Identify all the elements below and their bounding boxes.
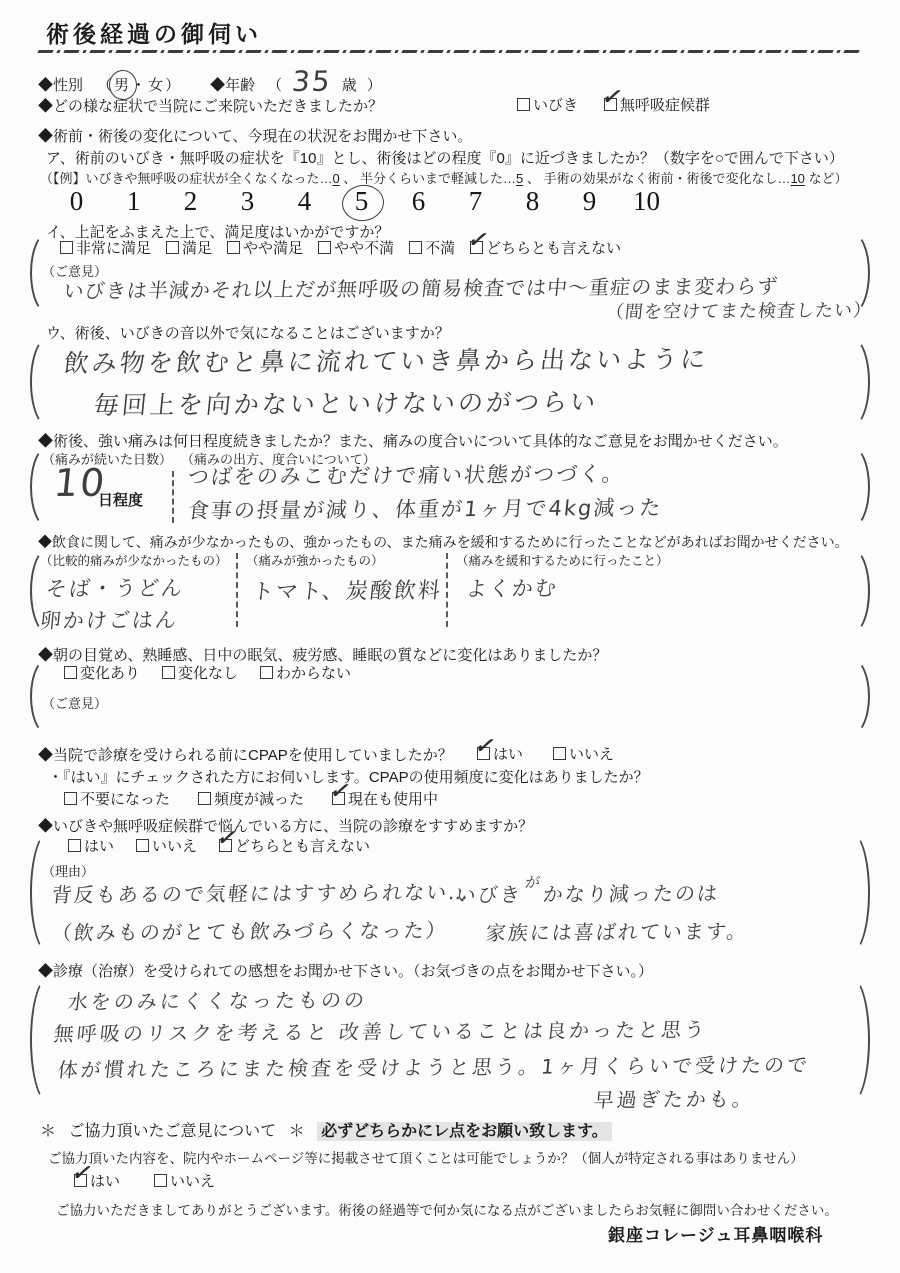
sleep-comment-box: 変化あり 変化なし わからない （ご意見） [36, 657, 864, 736]
eating-strong-label: （痛みが強かったもの） [246, 551, 384, 569]
handwritten-line: トマト、炭酸飲料 [250, 574, 443, 606]
checkbox-option[interactable]: 満足 [166, 237, 212, 258]
handwritten-text: いびき [455, 883, 523, 907]
handwritten-line: 体が慣れたころにまた検査を受けようと思う。1ヶ月くらいで受けたので [57, 1049, 812, 1083]
checkbox-icon[interactable] [477, 747, 490, 760]
handwritten-line: 食事の摂量が減り、体重が1ヶ月で4kg減った [187, 492, 664, 525]
handwritten-line: いびきがかなり減ったのは [455, 877, 721, 908]
handwritten-line: そば・うどん [45, 572, 186, 603]
title-divider [37, 50, 861, 53]
checkbox-label: 無呼吸症候群 [620, 94, 710, 115]
handwritten-line: 家族には喜ばれています。 [485, 915, 750, 946]
handwritten-inserted-char: が [524, 873, 543, 891]
checkbox-option[interactable]: いいえ [154, 1170, 215, 1191]
checkbox-label: いいえ [569, 743, 614, 764]
clinic-name: 銀座コレージュ耳鼻咽喉科 [608, 1221, 823, 1246]
checkbox-icon[interactable] [227, 241, 240, 254]
checkbox-icon[interactable] [553, 747, 566, 760]
scale-option-5[interactable]: 5 [333, 186, 390, 217]
eating-less-label: （比較的痛みが少なかったもの） [40, 551, 228, 569]
age-value: 35 [291, 65, 334, 98]
handwritten-line: 水をのみにくくなったものの [67, 984, 369, 1015]
consent-question: ご協力頂いた内容を、院内やホームページ等に掲載させて頂くことは可能でしょうか？（… [48, 1147, 804, 1167]
comment-label: （ご意見） [42, 693, 107, 712]
satisfaction-options: 非常に満足 満足 やや満足 やや不満 不満 どちらとも言えない [60, 237, 621, 258]
age-paren-open: （ [267, 74, 282, 95]
example-text: 、 手術の効果がなく術前・術後で変化なし… [523, 171, 790, 186]
example-num-0: 0 [333, 171, 340, 186]
checkbox-option-ibiki[interactable]: いびき [517, 94, 578, 115]
change-question: ア、術前のいびき・無呼吸の症状を『10』とし、術後はどの程度『0』に近づきました… [46, 147, 844, 168]
example-text: 、 半分くらいまで軽減した… [340, 171, 516, 186]
checkbox-option[interactable]: はい [74, 1170, 120, 1191]
handwritten-line: 背反もあるので気軽にはすすめられない… [51, 876, 472, 908]
checkbox-option[interactable]: わからない [260, 662, 351, 683]
checkbox-icon[interactable] [470, 241, 483, 254]
handwritten-line: よくかむ [465, 572, 560, 603]
checkbox-icon[interactable] [74, 1174, 87, 1187]
checkbox-option[interactable]: いいえ [553, 743, 614, 764]
checkbox-icon[interactable] [154, 1174, 167, 1187]
checkbox-option[interactable]: 現在も使用中 [332, 788, 438, 809]
gender-option-female[interactable]: 女 [146, 74, 165, 95]
handwritten-line: 無呼吸のリスクを考えると 改善していることは良かったと思う [53, 1013, 709, 1047]
consent-emphasis: 必ずどちらかにレ点をお願い致します。 [317, 1122, 612, 1141]
consent-heading-text: ご協力頂いたご意見について [68, 1123, 276, 1140]
eating-column-divider [446, 553, 448, 627]
scale-option-2[interactable]: 2 [162, 186, 219, 217]
handwritten-line: 毎回上を向かないといけないのがつらい [92, 382, 600, 422]
checkbox-icon[interactable] [68, 839, 81, 852]
reason-label: （理由） [42, 861, 94, 880]
age-unit: 歳 [342, 74, 357, 95]
scale-option-10[interactable]: 10 [618, 186, 675, 217]
checkbox-option[interactable]: やや不満 [318, 237, 394, 258]
checkbox-label: どちらとも言えない [235, 835, 370, 856]
checkbox-option-mukokyu[interactable]: 無呼吸症候群 [604, 94, 710, 115]
checkbox-label: はい [493, 743, 523, 764]
example-text: （【例】いびきや無呼吸の症状が全くなくなった… [40, 171, 333, 186]
checkbox-icon[interactable] [162, 666, 175, 679]
checkbox-label: やや不満 [334, 237, 394, 258]
recommend-options: はい いいえ どちらとも言えない [68, 835, 370, 856]
checkbox-icon[interactable] [136, 839, 149, 852]
concern-comment-box: 飲み物を飲むと鼻に流れていき鼻から出ないように 毎回上を向かないといけないのがつ… [36, 336, 864, 428]
checkbox-option[interactable]: 頻度が減った [198, 788, 304, 809]
severity-scale: 0 1 2 3 4 5 6 7 8 9 10 [48, 186, 675, 217]
example-num-10: 10 [790, 171, 804, 186]
scale-option-1[interactable]: 1 [105, 186, 162, 217]
scale-option-7[interactable]: 7 [447, 186, 504, 217]
checkbox-label: 不要になった [80, 788, 170, 809]
checkbox-icon[interactable] [198, 792, 211, 805]
handwritten-line: つばをのみこむだけで痛い状態がつづく。 [187, 458, 627, 491]
checkbox-label: 非常に満足 [76, 237, 151, 258]
cpap-frequency-options: 不要になった 頻度が減った 現在も使用中 [64, 788, 438, 809]
scale-option-6[interactable]: 6 [390, 186, 447, 217]
checkbox-option[interactable]: 不要になった [64, 788, 170, 809]
pain-days-unit: 日程度 [98, 489, 143, 510]
checkbox-icon[interactable] [219, 839, 232, 852]
checkbox-option[interactable]: 変化なし [162, 662, 238, 683]
pain-column-divider [172, 471, 174, 523]
checkbox-label: 頻度が減った [214, 788, 304, 809]
handwritten-comment-note: （間を空けてまた検査したい） [605, 296, 874, 324]
eating-answer-box: （比較的痛みが少なかったもの） そば・うどん 卵かけごはん （痛みが強かったもの… [36, 547, 864, 635]
checkbox-label: やや満足 [243, 237, 303, 258]
checkbox-icon[interactable] [604, 98, 617, 111]
checkbox-option[interactable]: どちらとも言えない [219, 835, 370, 856]
age-label: ◆年齢 [210, 74, 255, 95]
checkbox-label: どちらとも言えない [486, 237, 621, 258]
questionnaire-page: 術後経過の御伺い ◆性別 （ 男 ・ 女 ） ◆年齢 （ 35 歳 ） ◆どの様… [0, 0, 900, 1273]
asterisk-mark: ＊ [289, 1123, 305, 1140]
checkbox-icon[interactable] [332, 792, 345, 805]
checkbox-option[interactable]: 非常に満足 [60, 237, 151, 258]
checkbox-icon[interactable] [64, 792, 77, 805]
gender-label: ◆性別 [38, 74, 83, 95]
page-title: 術後経過の御伺い [46, 16, 262, 49]
checkbox-label: はい [90, 1170, 120, 1191]
scale-option-8[interactable]: 8 [504, 186, 561, 217]
eating-column-divider [236, 553, 238, 627]
checkbox-option[interactable]: どちらとも言えない [470, 237, 621, 258]
handwritten-line: 早過ぎたかも。 [593, 1083, 757, 1113]
scale-option-0[interactable]: 0 [48, 186, 105, 217]
handwritten-text: かなり減ったのは [542, 881, 720, 906]
checkbox-icon[interactable] [260, 666, 273, 679]
checkbox-label: 現在も使用中 [348, 788, 438, 809]
checkbox-label: いびき [533, 94, 578, 115]
consent-heading: ＊ ご協力頂いたご意見について ＊ 必ずどちらかにレ点をお願い致します。 [40, 1118, 612, 1141]
sleep-options: 変化あり 変化なし わからない [64, 662, 351, 683]
checkbox-icon[interactable] [517, 98, 530, 111]
checkbox-label: いいえ [170, 1170, 215, 1191]
checkbox-icon[interactable] [318, 241, 331, 254]
checkbox-icon[interactable] [64, 666, 77, 679]
symptom-options: いびき 無呼吸症候群 [517, 94, 710, 115]
pain-answer-box: （痛みが続いた日数） （痛みの出方、度合いについて） 10 日程度 つばをのみこ… [36, 445, 864, 529]
gender-option-male[interactable]: 男 [112, 74, 131, 95]
checkbox-option[interactable]: 不満 [409, 237, 455, 258]
handwritten-line: 卵かけごはん [39, 604, 180, 635]
gender-paren-close: ） [165, 74, 180, 95]
recommend-reason-box: はい いいえ どちらとも言えない （理由） 背反もあるので気軽にはすすめられない… [36, 831, 864, 954]
checkbox-label: わからない [276, 662, 351, 683]
scale-option-4[interactable]: 4 [276, 186, 333, 217]
checkbox-icon[interactable] [60, 241, 73, 254]
cpap-question: ◆当院で診療を受けられる前にCPAPを使用していましたか？ [38, 744, 453, 765]
checkbox-label: 満足 [182, 237, 212, 258]
checkbox-option[interactable]: やや満足 [227, 237, 303, 258]
symptom-question: ◆どの様な症状で当院にご来院いただきましたか？ [38, 95, 383, 116]
scale-option-9[interactable]: 9 [561, 186, 618, 217]
checkbox-label: 変化あり [80, 662, 140, 683]
checkbox-label: いいえ [152, 835, 197, 856]
change-example: （【例】いびきや無呼吸の症状が全くなくなった…0 、 半分くらいまで軽減した…5… [40, 168, 848, 187]
consent-thanks: ご協力いただきましてありがとうございます。術後の経過等で何か気になる点がございま… [56, 1199, 838, 1219]
checkbox-icon[interactable] [166, 241, 179, 254]
checkbox-option[interactable]: はい [68, 835, 114, 856]
eating-relief-label: （痛みを緩和するために行ったこと） [456, 551, 669, 569]
asterisk-mark: ＊ [40, 1123, 56, 1140]
cpap-options: はい いいえ [477, 743, 614, 764]
consent-options: はい いいえ [74, 1170, 215, 1191]
age-paren-close: ） [367, 74, 382, 95]
checkbox-icon[interactable] [409, 241, 422, 254]
change-heading: ◆術前・術後の変化について、今現在の状況をお聞かせ下さい。 [38, 125, 472, 146]
checkbox-option[interactable]: いいえ [136, 835, 197, 856]
handwritten-line: （飲みものがとても飲みづらくなった） [51, 914, 450, 946]
checkbox-label: 変化なし [178, 662, 238, 683]
scale-option-3[interactable]: 3 [219, 186, 276, 217]
example-text: など） [805, 171, 848, 186]
checkbox-label: はい [84, 835, 114, 856]
checkbox-option[interactable]: 変化あり [64, 662, 140, 683]
impression-comment-box: 水をのみにくくなったものの 無呼吸のリスクを考えると 改善していることは良かった… [36, 976, 864, 1104]
checkbox-label: 不満 [425, 237, 455, 258]
handwritten-line: 飲み物を飲むと鼻に流れていき鼻から出ないように [62, 340, 710, 380]
checkbox-option[interactable]: はい [477, 743, 523, 764]
